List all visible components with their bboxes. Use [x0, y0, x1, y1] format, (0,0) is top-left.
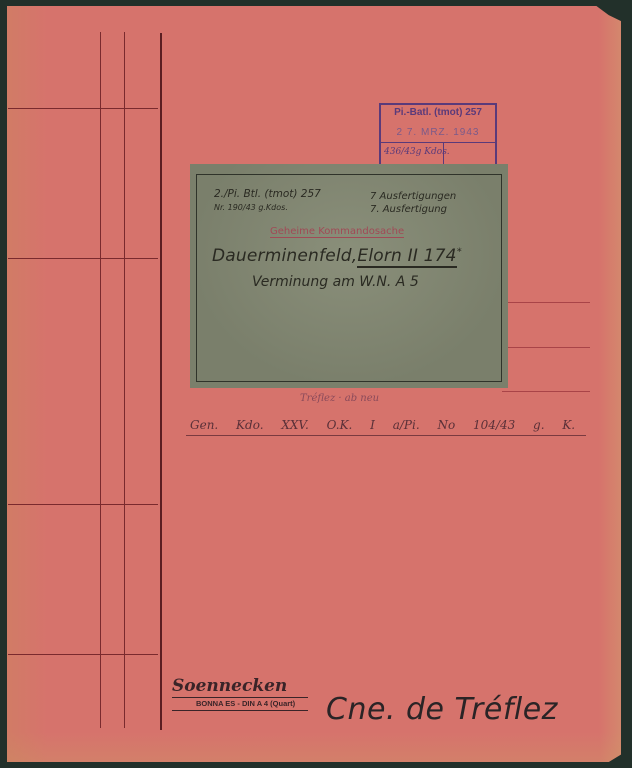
grid-horizontal-line: [8, 258, 158, 259]
document-subtitle: Verminung am W.N. A 5: [252, 274, 419, 290]
handwriting-rule: [186, 435, 586, 436]
title-asterisk: *: [457, 246, 462, 257]
handwritten-reference: Gen. Kdo. XXV. O.K. I a/Pi. No 104/43 g.…: [190, 418, 575, 432]
stamp-divider: [381, 142, 495, 143]
ruled-line: [502, 347, 590, 348]
stamp-date: 2 7. MRZ. 1943: [381, 127, 495, 138]
ruled-line: [502, 391, 590, 392]
grid-vertical-line: [124, 32, 125, 728]
copies-total: 7 Ausfertigungen: [370, 191, 456, 202]
unit-line: 2./Pi. Btl. (tmot) 257: [214, 188, 321, 200]
document-title: Dauerminenfeld,Elorn II 174*: [212, 246, 462, 266]
title-underlined: Elorn II 174: [357, 246, 456, 268]
ruled-line: [502, 302, 590, 303]
brand-logo: Soennecken: [172, 676, 308, 696]
title-prefix: Dauerminenfeld,: [212, 246, 357, 266]
handwritten-annotation: Tréflez · ab neu: [300, 393, 379, 404]
brand-model: BONNA ES - DIN A 4 (Quart): [172, 699, 308, 708]
number-line: Nr. 190/43 g.Kdos.: [214, 203, 288, 212]
copy-number: 7. Ausfertigung: [370, 204, 447, 215]
receipt-stamp: Pi.-Batl. (tmot) 257 2 7. MRZ. 1943 436/…: [379, 103, 497, 169]
brand-rule: [172, 710, 308, 711]
place-name: Cne. de Tréflez: [326, 692, 558, 727]
grid-border-line: [160, 33, 162, 730]
grid-horizontal-line: [8, 108, 158, 109]
title-label: 2./Pi. Btl. (tmot) 257 Nr. 190/43 g.Kdos…: [190, 164, 508, 388]
grid-horizontal-line: [8, 654, 158, 655]
grid-horizontal-line: [8, 504, 158, 505]
stamp-reference: 436/43g Kdos.: [384, 147, 450, 157]
stamp-unit: Pi.-Batl. (tmot) 257: [381, 107, 495, 118]
manufacturer-mark: Soennecken BONNA ES - DIN A 4 (Quart): [172, 676, 308, 711]
brand-rule: [172, 697, 308, 698]
classification-stamp: Geheime Kommandosache: [270, 226, 404, 238]
grid-vertical-line: [100, 32, 101, 728]
